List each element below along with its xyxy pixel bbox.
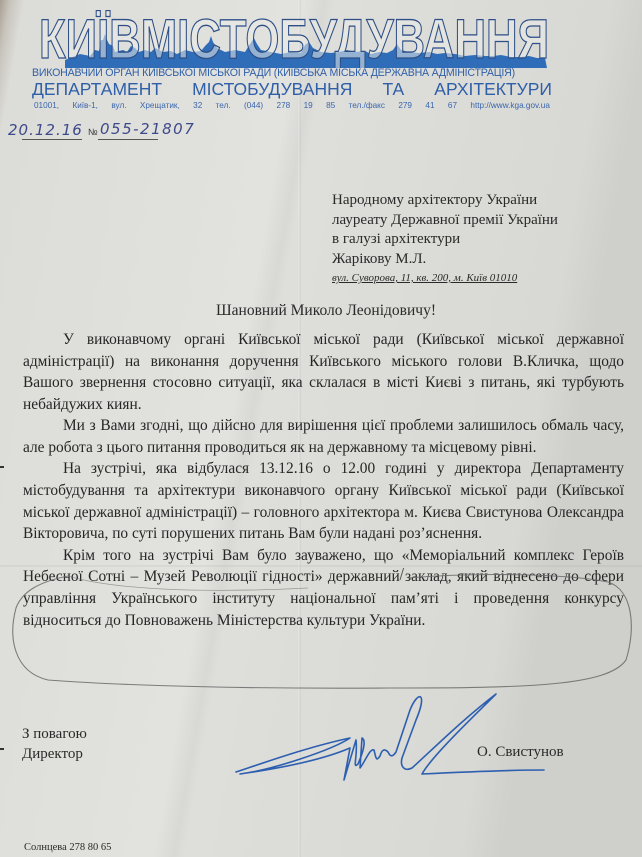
regards-text: З повагою: [22, 725, 87, 745]
registration-date: 20.12.16: [8, 121, 83, 139]
addressee-name: Жарікову М.Л.: [332, 250, 558, 270]
salutation: Шановний Миколо Леонідовичу!: [0, 302, 642, 320]
addressee-line: в галузі архітектури: [332, 230, 558, 250]
body-paragraph: Ми з Вами згодні, що дійсно для вирішенн…: [23, 415, 624, 458]
logo-text: КИЇВМІСТОБУДУВАННЯ: [39, 10, 549, 68]
contact-part: 279: [398, 101, 412, 110]
letterhead-logo: КИЇВМІСТОБУДУВАННЯ: [35, 10, 553, 68]
contact-part: 278: [277, 101, 291, 110]
date-underline: [22, 139, 82, 140]
org-line: ВИКОНАВЧИЙ ОРГАН КИЇВСЬКОЇ МІСЬКОЇ РАДИ …: [32, 67, 552, 79]
contact-part: 67: [448, 101, 457, 110]
contact-part: 41: [425, 101, 434, 110]
signer-position: Директор: [22, 745, 87, 765]
department-word: МІСТОБУДУВАННЯ: [192, 79, 352, 100]
contact-part: 19: [304, 101, 313, 110]
contact-part: 32: [193, 101, 202, 110]
contact-line: 01001, Київ-1, вул. Хрещатик, 32 тел. (0…: [34, 101, 550, 110]
body-paragraph: У виконавчому органі Київської міської р…: [23, 329, 624, 416]
addressee-block: Народному архітектору України лауреату Д…: [332, 191, 558, 285]
website-link: http://www.kga.gov.ua: [470, 101, 550, 110]
margin-mark: [0, 466, 4, 468]
department-word: АРХІТЕКТУРИ: [434, 79, 552, 100]
signer-name: О. Свистунов: [477, 744, 564, 761]
addressee-address: вул. Суворова, 11, кв. 200, м. Київ 0101…: [332, 271, 558, 285]
number-underline: [98, 139, 158, 140]
letter-body: У виконавчому органі Київської міської р…: [23, 329, 624, 631]
contact-part: 85: [326, 101, 335, 110]
department-word: ДЕПАРТАМЕНТ: [32, 79, 162, 100]
number-sign: №: [88, 127, 98, 137]
contact-part: Хрещатик,: [140, 101, 180, 110]
department-name: ДЕПАРТАМЕНТ МІСТОБУДУВАННЯ ТА АРХІТЕКТУР…: [32, 79, 552, 100]
closing-block: З повагою Директор: [22, 725, 87, 764]
addressee-line: лауреату Державної премії України: [332, 211, 558, 231]
body-paragraph: На зустрічі, яка відбулася 13.12.16 о 12…: [23, 458, 624, 545]
department-word: ТА: [382, 79, 404, 100]
registration-number: 055-21807: [100, 120, 195, 138]
contact-part: тел.: [216, 101, 231, 110]
addressee-line: Народному архітектору України: [332, 191, 558, 211]
contact-part: 01001,: [34, 101, 59, 110]
contact-part: Київ-1,: [72, 101, 98, 110]
contact-part: (044): [244, 101, 263, 110]
executor-contact: Солнцева 278 80 65: [24, 842, 111, 853]
contact-part: тел./факс: [349, 101, 385, 110]
body-paragraph: Крім того на зустрічі Вам було зауважено…: [23, 545, 624, 632]
contact-part: вул.: [111, 101, 126, 110]
margin-mark: [0, 748, 4, 750]
